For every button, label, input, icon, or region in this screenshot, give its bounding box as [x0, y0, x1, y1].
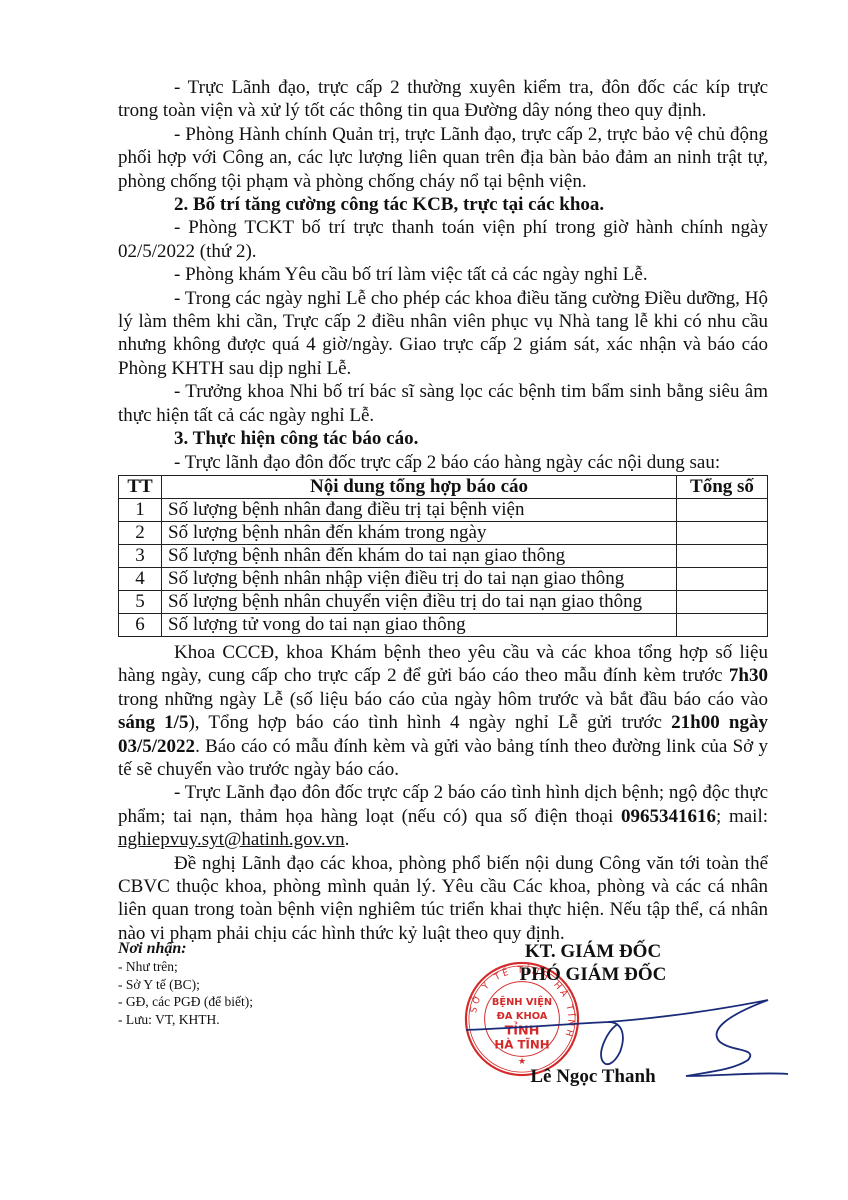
table-row: 4Số lượng bệnh nhân nhập viện điều trị d…	[119, 567, 768, 590]
paragraph-hotline: - Trực Lãnh đạo đôn đốc trực cấp 2 báo c…	[118, 781, 768, 851]
row-number: 1	[119, 498, 162, 521]
paragraph-security-coordination: - Phòng Hành chính Quản trị, trực Lãnh đ…	[118, 123, 768, 193]
header-total: Tổng số	[677, 475, 768, 498]
header-tt: TT	[119, 475, 162, 498]
table-row: 1Số lượng bệnh nhân đang điều trị tại bệ…	[119, 498, 768, 521]
paragraph-staffing: - Trong các ngày nghỉ Lễ cho phép các kh…	[118, 287, 768, 381]
table-row: 6Số lượng tử vong do tai nạn giao thông	[119, 613, 768, 636]
section-2-heading: 2. Bố trí tăng cường công tác KCB, trực …	[118, 193, 768, 216]
recipient-item: - Lưu: VT, KHTH.	[118, 1011, 253, 1029]
row-number: 4	[119, 567, 162, 590]
table-row: 5Số lượng bệnh nhân chuyển viện điều trị…	[119, 590, 768, 613]
row-total[interactable]	[677, 590, 768, 613]
table-row: 3Số lượng bệnh nhân đến khám do tai nạn …	[119, 544, 768, 567]
row-total[interactable]	[677, 613, 768, 636]
paragraph-duty-inspection: - Trực Lãnh đạo, trực cấp 2 thường xuyên…	[118, 76, 768, 123]
report-table: TT Nội dung tổng hợp báo cáo Tổng số 1Số…	[118, 475, 768, 637]
recipients-block: Nơi nhận: - Như trên; - Sở Y tế (BC); - …	[118, 940, 253, 1028]
phone-number: 0965341616	[621, 806, 716, 827]
deadline-time: 7h30	[729, 665, 768, 686]
row-content: Số lượng bệnh nhân nhập viện điều trị do…	[162, 567, 677, 590]
row-content: Số lượng bệnh nhân đến khám trong ngày	[162, 521, 677, 544]
recipient-item: - GĐ, các PGĐ (để biết);	[118, 993, 253, 1011]
document-page: - Trực Lãnh đạo, trực cấp 2 thường xuyên…	[118, 76, 768, 945]
recipient-item: - Như trên;	[118, 958, 253, 976]
table-header-row: TT Nội dung tổng hợp báo cáo Tổng số	[119, 475, 768, 498]
row-number: 6	[119, 613, 162, 636]
row-content: Số lượng bệnh nhân chuyển viện điều trị …	[162, 590, 677, 613]
paragraph-report-deadlines: Khoa CCCĐ, khoa Khám bệnh theo yêu cầu v…	[118, 641, 768, 781]
paragraph-closing: Đề nghị Lãnh đạo các khoa, phòng phổ biế…	[118, 852, 768, 946]
row-total[interactable]	[677, 567, 768, 590]
row-content: Số lượng bệnh nhân đến khám do tai nạn g…	[162, 544, 677, 567]
email-link[interactable]: nghiepvuy.syt@hatinh.gov.vn	[118, 829, 345, 850]
header-content: Nội dung tổng hợp báo cáo	[162, 475, 677, 498]
table-row: 2Số lượng bệnh nhân đến khám trong ngày	[119, 521, 768, 544]
row-content: Số lượng bệnh nhân đang điều trị tại bện…	[162, 498, 677, 521]
paragraph-tckt: - Phòng TCKT bố trí trực thanh toán viện…	[118, 216, 768, 263]
row-number: 2	[119, 521, 162, 544]
document-footer: Nơi nhận: - Như trên; - Sở Y tế (BC); - …	[118, 940, 768, 1090]
paragraph-pediatrics: - Trưởng khoa Nhi bố trí bác sĩ sàng lọc…	[118, 380, 768, 427]
row-total[interactable]	[677, 521, 768, 544]
paragraph-report-intro: - Trực lãnh đạo đôn đốc trực cấp 2 báo c…	[118, 451, 768, 474]
paragraph-clinic: - Phòng khám Yêu cầu bố trí làm việc tất…	[118, 263, 768, 286]
row-content: Số lượng tử vong do tai nạn giao thông	[162, 613, 677, 636]
row-number: 3	[119, 544, 162, 567]
row-total[interactable]	[677, 544, 768, 567]
recipient-item: - Sở Y tế (BC);	[118, 976, 253, 994]
section-3-heading: 3. Thực hiện công tác báo cáo.	[118, 427, 768, 450]
row-total[interactable]	[677, 498, 768, 521]
start-date: sáng 1/5	[118, 712, 188, 733]
row-number: 5	[119, 590, 162, 613]
handwritten-signature-icon	[458, 960, 788, 1080]
recipients-title: Nơi nhận:	[118, 940, 253, 958]
